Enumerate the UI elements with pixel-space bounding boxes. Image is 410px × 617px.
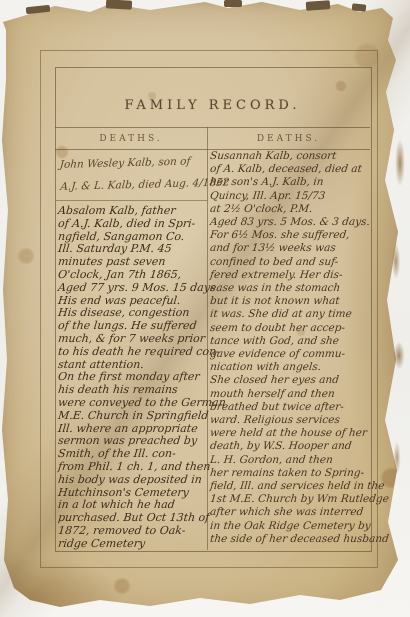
entry-separator-rule <box>56 200 207 201</box>
deaths-header-right: DEATHS. <box>207 128 370 149</box>
table-header-row: DEATHS. DEATHS. <box>55 127 370 150</box>
deaths-header-left-label: DEATHS. <box>99 134 162 144</box>
torn-binding-fragment <box>352 3 367 11</box>
deaths-header-right-label: DEATHS. <box>257 134 320 144</box>
torn-binding-fragment <box>224 0 242 7</box>
deaths-header-left: DEATHS. <box>55 128 207 149</box>
scanned-family-record-page: FAMILY RECORD. DEATHS. DEATHS. John Wesl… <box>0 0 410 617</box>
torn-binding-fragment <box>306 0 331 11</box>
torn-binding-fragment <box>106 0 132 10</box>
page-title: FAMILY RECORD. <box>55 98 370 113</box>
column-divider-rule <box>207 127 208 550</box>
